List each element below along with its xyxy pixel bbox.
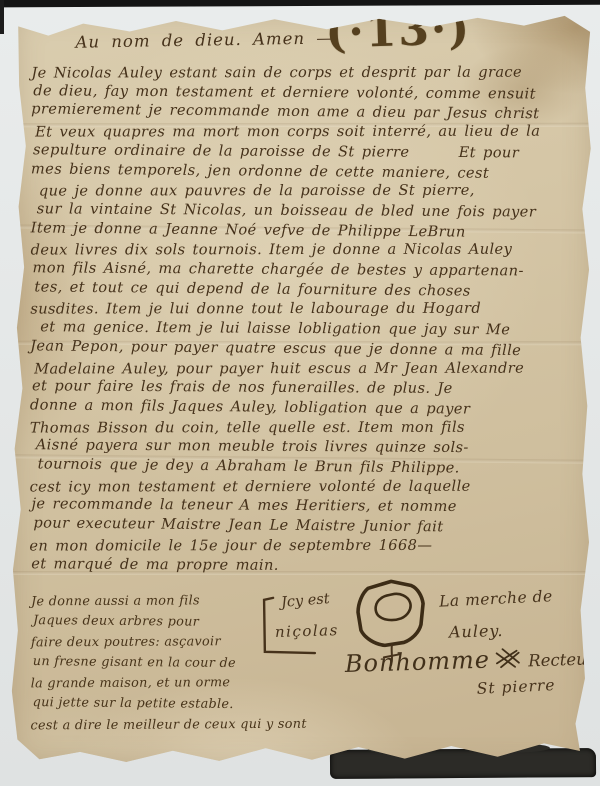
scan-edge-left-sliver — [0, 0, 4, 34]
codicil-line: la grande maison, et un orme — [31, 673, 331, 695]
manuscript-line: Et veux quapres ma mort mon corps soit i… — [35, 122, 587, 143]
page-number: (·13·) — [325, 3, 472, 58]
manuscript-line: Jean Pepon, pour payer quatre escus que … — [30, 336, 586, 361]
manuscript-line: Madelaine Auley, pour payer huit escus a… — [34, 358, 586, 379]
testament-body: Je Nicolas Auley estant sain de corps et… — [29, 62, 587, 577]
manuscript-line: que je donne aux pauvres de la paroisse … — [39, 181, 587, 202]
signature-name: Bonhomme — [344, 646, 490, 678]
manuscript-line: donne a mon fils Jaques Auley, lobligati… — [30, 395, 586, 420]
codicil-line: qui jette sur la petite estable. — [33, 693, 333, 716]
signature-place: St pierre — [476, 676, 556, 698]
dark-backing-strip — [330, 748, 596, 779]
mark-label: Auley. — [449, 621, 504, 642]
manuscript-line: Je Nicolas Auley estant sain de corps et… — [31, 63, 587, 84]
manuscript-line: et marqué de ma propre main. — [31, 554, 587, 577]
invocation-heading: Au nom de dieu. Amen — — [75, 28, 334, 51]
manuscript-line: susdites. Item je lui donne tout le labo… — [30, 299, 586, 320]
signature-title: Recteur de — [528, 649, 600, 671]
manuscript-line: en mon domicile le 15e jour de septembre… — [29, 535, 585, 556]
attestation-label: niçolas — [275, 621, 339, 641]
paraph-mark — [495, 647, 522, 670]
manuscript-line: deux livres dix sols tournois. Item je d… — [31, 240, 587, 261]
manuscript-paper: Au nom de dieu. Amen — (·13·) Je Nicolas… — [10, 10, 593, 770]
codicil-line: cest a dire le meilleur de ceux qui y so… — [30, 714, 330, 736]
scanned-document: Au nom de dieu. Amen — (·13·) Je Nicolas… — [0, 0, 600, 786]
mark-label: La merche de — [439, 587, 553, 610]
scan-edge-top-strip — [0, 0, 600, 7]
